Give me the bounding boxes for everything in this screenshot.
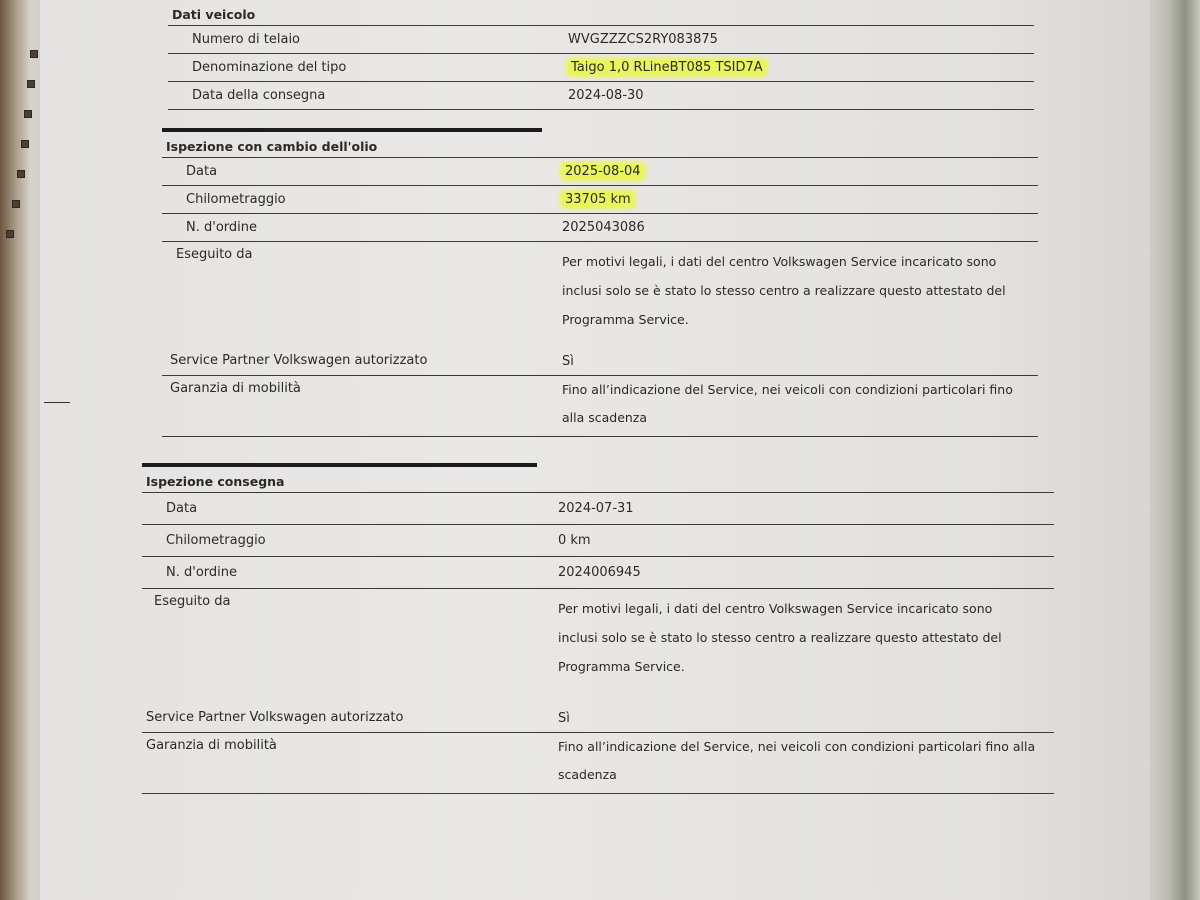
table-row: Data 2025-08-04 xyxy=(162,158,1038,186)
delivery-inspection-section: Ispezione consegna Data 2024-07-31 Chilo… xyxy=(142,463,1054,794)
table-row: N. d'ordine 2025043086 xyxy=(162,214,1038,242)
row-value: 0 km xyxy=(558,527,1054,554)
row-label: Numero di telaio xyxy=(168,26,568,53)
row-value: 2024-08-30 xyxy=(568,82,1034,109)
section-title: Dati veicolo xyxy=(168,4,1034,26)
table-row: Eseguito da Per motivi legali, i dati de… xyxy=(142,589,1054,699)
section-divider-bar xyxy=(142,463,537,467)
table-row: Data 2024-07-31 xyxy=(142,493,1054,525)
row-label: Chilometraggio xyxy=(142,527,558,554)
service-record-document: Dati veicolo Numero di telaio WVGZZZCS2R… xyxy=(0,0,1200,900)
row-label: Data xyxy=(162,158,562,185)
highlighted-value: 2025-08-04 xyxy=(562,164,644,179)
row-label: Data della consegna xyxy=(168,82,568,109)
table-row: Chilometraggio 33705 km xyxy=(162,186,1038,214)
table-row: Data della consegna 2024-08-30 xyxy=(168,82,1034,110)
row-value: Sì xyxy=(562,348,1038,375)
vehicle-data-section: Dati veicolo Numero di telaio WVGZZZCS2R… xyxy=(168,4,1034,110)
table-row: Garanzia di mobilità Fino all’indicazion… xyxy=(142,733,1054,794)
table-row: Service Partner Volkswagen autorizzato S… xyxy=(142,705,1054,733)
oil-change-inspection-section: Ispezione con cambio dell'olio Data 2025… xyxy=(162,128,1038,437)
table-row: Denominazione del tipo Taigo 1,0 RLineBT… xyxy=(168,54,1034,82)
row-label: N. d'ordine xyxy=(142,559,558,586)
row-value: WVGZZZCS2RY083875 xyxy=(568,26,1034,53)
table-row: Eseguito da Per motivi legali, i dati de… xyxy=(162,242,1038,342)
row-value: Per motivi legali, i dati del centro Vol… xyxy=(558,589,1028,699)
row-value: Fino all’indicazione del Service, nei ve… xyxy=(562,376,1032,436)
table-row: Garanzia di mobilità Fino all’indicazion… xyxy=(162,376,1038,437)
row-value: Per motivi legali, i dati del centro Vol… xyxy=(562,242,1022,342)
row-value: 2024-07-31 xyxy=(558,495,1054,522)
row-value: 2025043086 xyxy=(562,214,1038,241)
row-label: Denominazione del tipo xyxy=(168,54,568,81)
row-label: Eseguito da xyxy=(162,242,562,342)
row-label: Eseguito da xyxy=(142,589,558,699)
row-label: Chilometraggio xyxy=(162,186,562,213)
table-row: Numero di telaio WVGZZZCS2RY083875 xyxy=(168,26,1034,54)
row-value: 2024006945 xyxy=(558,559,1054,586)
row-label: Service Partner Volkswagen autorizzato xyxy=(142,705,558,732)
table-row: Chilometraggio 0 km xyxy=(142,525,1054,557)
row-label: N. d'ordine xyxy=(162,214,562,241)
section-title: Ispezione consegna xyxy=(142,471,1054,493)
row-value: Fino all’indicazione del Service, nei ve… xyxy=(558,733,1048,793)
table-row: Service Partner Volkswagen autorizzato S… xyxy=(162,348,1038,376)
table-row: N. d'ordine 2024006945 xyxy=(142,557,1054,589)
highlighted-value: 33705 km xyxy=(562,192,634,207)
section-divider-bar xyxy=(162,128,542,132)
row-label: Service Partner Volkswagen autorizzato xyxy=(162,348,562,375)
highlighted-value: Taigo 1,0 RLineBT085 TSID7A xyxy=(568,60,766,75)
row-value: Sì xyxy=(558,705,1054,732)
row-label: Garanzia di mobilità xyxy=(162,376,562,436)
row-label: Garanzia di mobilità xyxy=(142,733,558,793)
row-label: Data xyxy=(142,495,558,522)
section-title: Ispezione con cambio dell'olio xyxy=(162,136,1038,158)
